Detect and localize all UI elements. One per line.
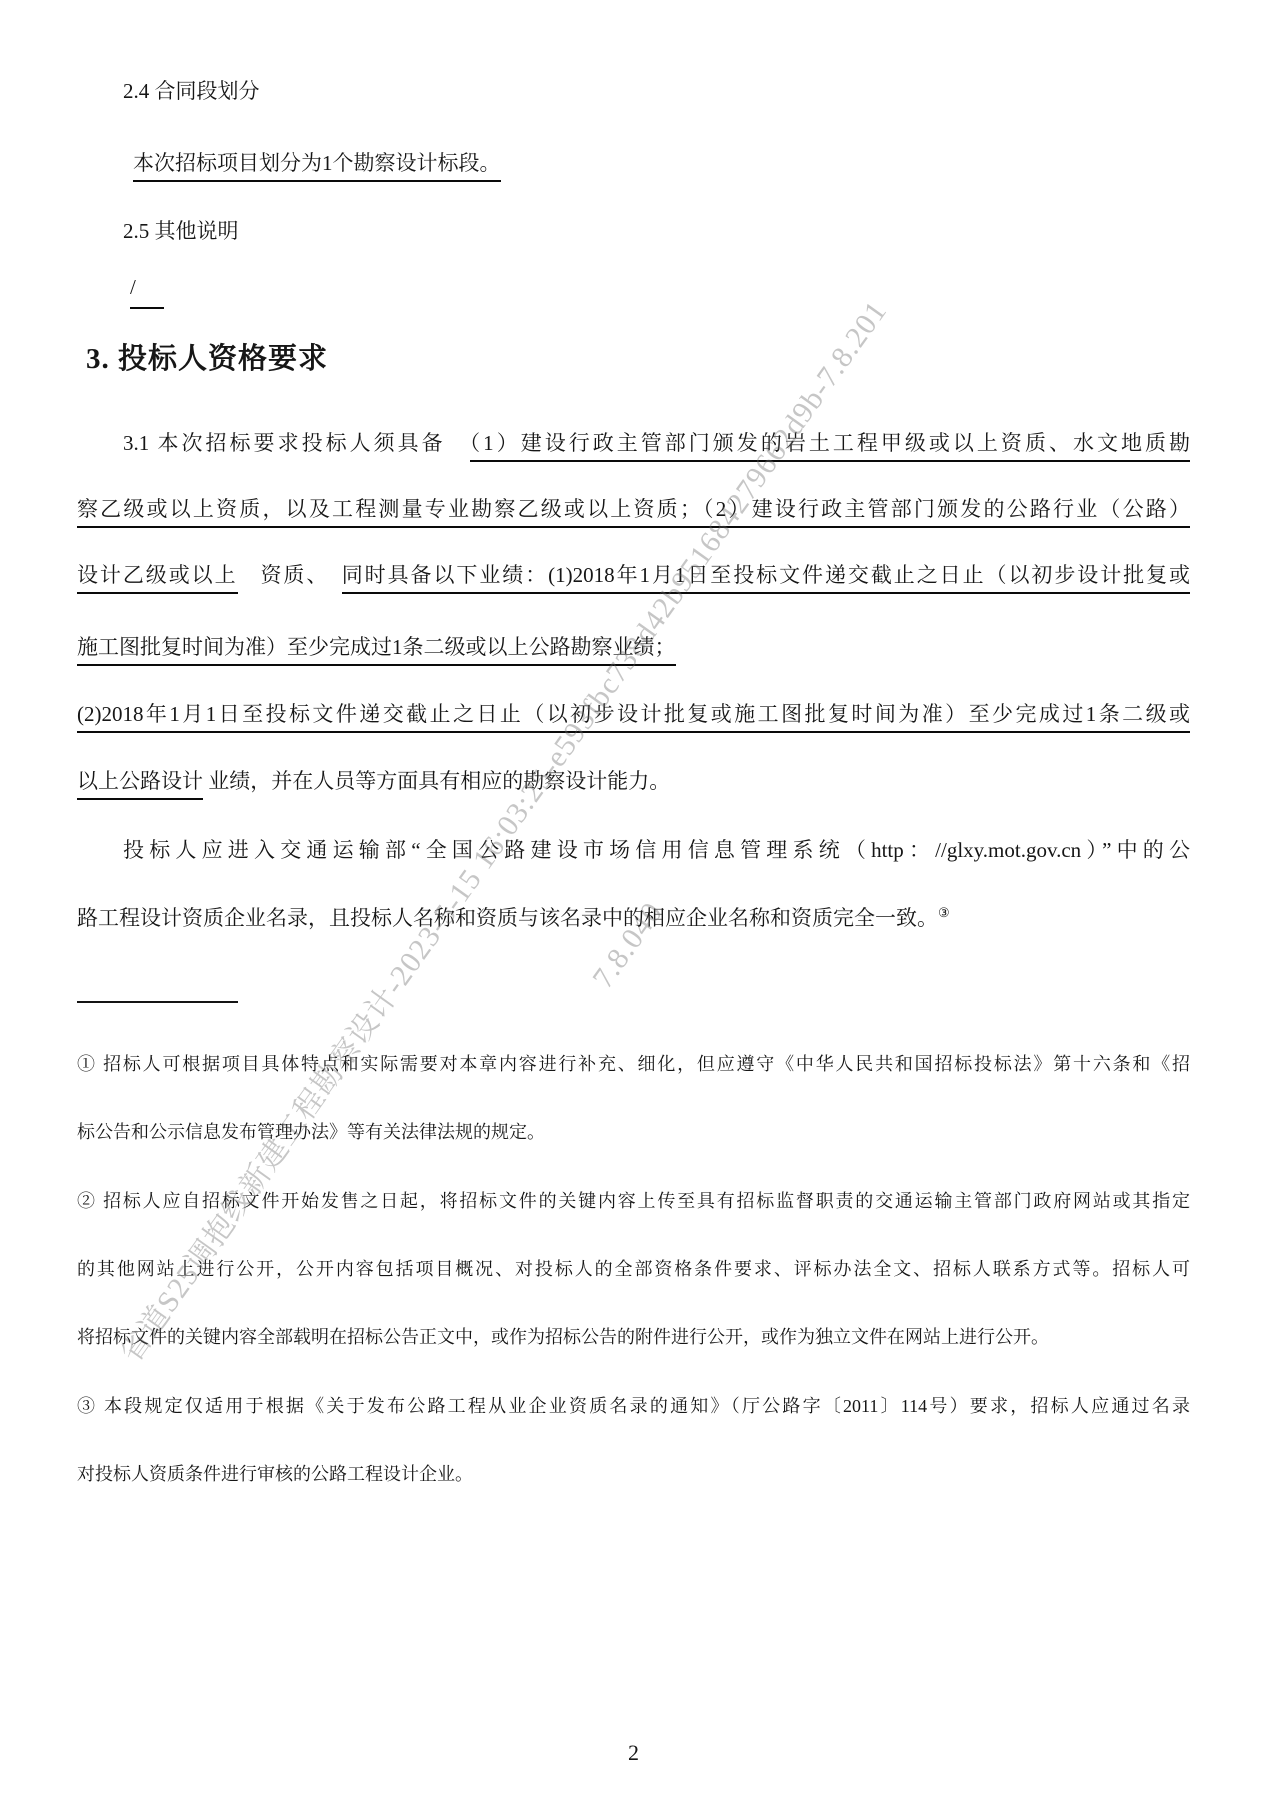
section-2-5-body: / [130,272,164,309]
para-3-1-intro: 3.1 本次招标要求投标人须具备 [123,431,470,455]
footnote-3-line-2: 对投标人资质条件进行审核的公路工程设计企业。 [77,1461,473,1487]
section-2-4-body: 本次招标项目划分为1个勘察设计标段。 [133,148,501,178]
para-3-1-line-4: 施工图批复时间为准）至少完成过1条二级或以上公路勘察业绩； [77,632,676,662]
qualification-requirement-text: 察乙级或以上资质，以及工程测量专业勘察乙级或以上资质；（2）建设行政主管部门颁发… [77,497,1190,528]
performance-requirement-text: (2)2018年1月1日至投标文件递交截止之日止（以初步设计批复或施工图批复时间… [77,702,1190,733]
qualification-requirement-text: 设计乙级或以上 [77,563,238,594]
para-3-1-line-1: 3.1 本次招标要求投标人须具备 （1）建设行政主管部门颁发的岩土工程甲级或以上… [123,428,1190,458]
footnote-divider [77,1001,238,1003]
footnote-1-line-1: ① 招标人可根据项目具体特点和实际需要对本章内容进行补充、细化，但应遵守《中华人… [77,1051,1190,1077]
performance-requirement-text: 以上公路设计 [77,769,203,800]
section-2-5-heading: 2.5 其他说明 [123,216,239,246]
performance-requirement-text: 同时具备以下业绩：(1)2018年1月1日至投标文件递交截止之日止（以初步设计批… [342,563,1190,594]
para-3-1-line-6: 以上公路设计 业绩，并在人员等方面具有相应的勘察设计能力。 [77,766,670,796]
document-page: 2.4 合同段划分 本次招标项目划分为1个勘察设计标段。 2.5 其他说明 / … [0,0,1267,1793]
page-number: 2 [0,1738,1267,1768]
footnote-2-line-3: 将招标文件的关键内容全部载明在招标公告正文中，或作为招标公告的附件进行公开，或作… [77,1324,1049,1350]
section-2-4-heading: 2.4 合同段划分 [123,76,260,106]
section-3-heading: 3. 投标人资格要求 [86,344,328,374]
footnote-2-line-1: ② 招标人应自招标文件开始发售之日起，将招标文件的关键内容上传至具有招标监督职责… [77,1188,1190,1214]
footnote-2-line-2: 的其他网站上进行公开，公开内容包括项目概况、对投标人的全部资格条件要求、评标办法… [77,1256,1190,1282]
footnote-3-marker: ③ [938,905,950,920]
para-3-2-line-1: 投标人应进入交通运输部“全国公路建设市场信用信息管理系统（http：//glxy… [123,835,1190,865]
other-notes-filled-text: / [130,272,164,309]
para-3-2-line-2: 路工程设计资质企业名录，且投标人名称和资质与该名录中的相应企业名称和资质完全一致… [77,903,950,933]
para-3-1-line-5: (2)2018年1月1日至投标文件递交截止之日止（以初步设计批复或施工图批复时间… [77,699,1190,729]
plain-text: 资质、 [238,563,342,587]
performance-requirement-text: 施工图批复时间为准）至少完成过1条二级或以上公路勘察业绩； [77,635,676,666]
credit-system-text: 路工程设计资质企业名录，且投标人名称和资质与该名录中的相应企业名称和资质完全一致… [77,906,938,930]
footnote-1-line-2: 标公告和公示信息发布管理办法》等有关法律法规的规定。 [77,1119,545,1145]
contract-division-filled-text: 本次招标项目划分为1个勘察设计标段。 [133,151,501,182]
footnote-3-line-1: ③ 本段规定仅适用于根据《关于发布公路工程从业企业资质名录的通知》（厅公路字〔2… [77,1393,1190,1419]
credit-system-text: 投标人应进入交通运输部“全国公路建设市场信用信息管理系统（http：//glxy… [123,838,1190,862]
para-3-1-line-2: 察乙级或以上资质，以及工程测量专业勘察乙级或以上资质；（2）建设行政主管部门颁发… [77,494,1190,524]
qualification-requirement-text: （1）建设行政主管部门颁发的岩土工程甲级或以上资质、水文地质勘 [470,431,1190,462]
para-3-1-line-3: 设计乙级或以上 资质、 同时具备以下业绩：(1)2018年1月1日至投标文件递交… [77,560,1190,590]
plain-text: 业绩，并在人员等方面具有相应的勘察设计能力。 [203,769,670,793]
